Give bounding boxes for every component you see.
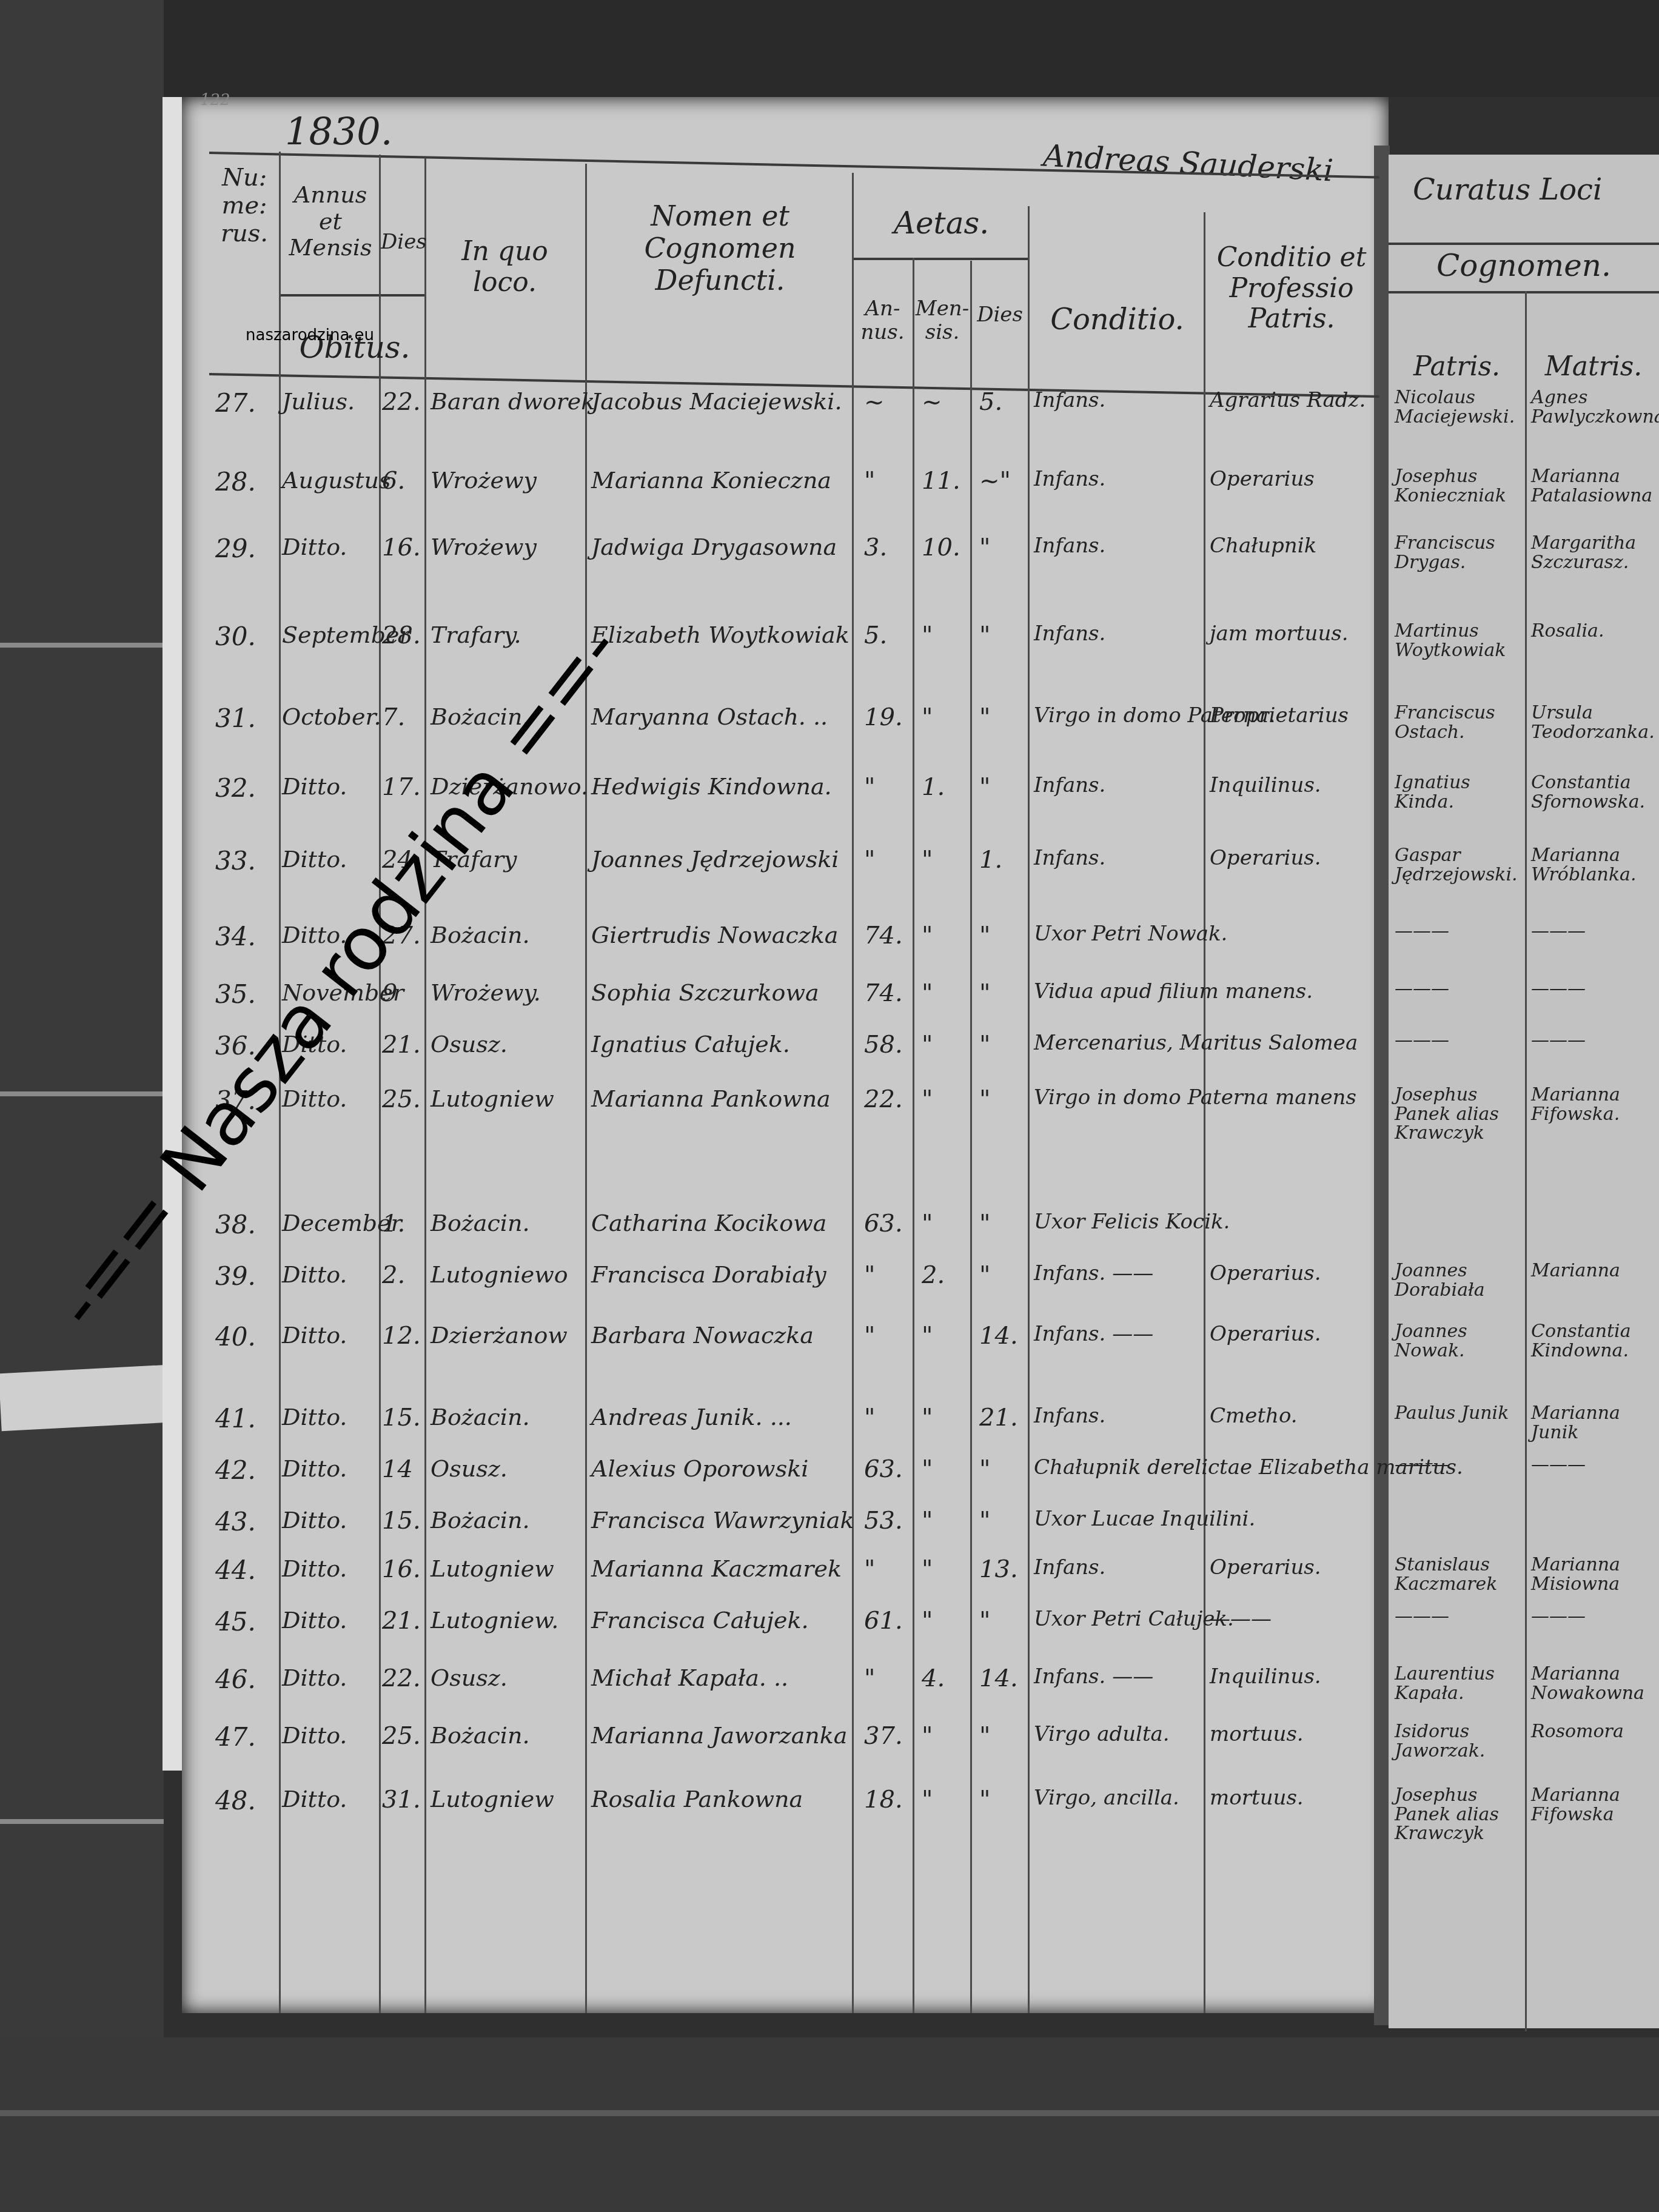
cell-name: Barbara Nowaczka bbox=[591, 1322, 852, 1349]
cell-no: 32. bbox=[215, 773, 276, 803]
cell-place: Wrożewy bbox=[431, 534, 585, 560]
cell-place: Lutogniewo bbox=[431, 1261, 585, 1288]
cell-months: " bbox=[922, 979, 967, 1007]
cell-mother: Ursula Teodorzanka. bbox=[1531, 703, 1658, 742]
cell-no: 29. bbox=[215, 534, 276, 563]
cell-mother: Marianna Fifowska bbox=[1531, 1786, 1658, 1824]
cell-months: " bbox=[922, 1210, 967, 1238]
cell-name: Ignatius Całujek. bbox=[591, 1031, 852, 1057]
cell-no: 40. bbox=[215, 1322, 276, 1352]
cell-years: 3. bbox=[864, 534, 910, 561]
background-top bbox=[0, 0, 1659, 97]
cell-years: 74. bbox=[864, 922, 910, 950]
cell-condition: Virgo adulta. bbox=[1034, 1722, 1204, 1746]
cell-father-prof: Operarius. bbox=[1210, 1261, 1373, 1285]
header-dies-age: Dies bbox=[972, 303, 1028, 327]
cell-mother: Margaritha Szczurasz. bbox=[1531, 534, 1658, 572]
cell-place: Wrożewy. bbox=[431, 979, 585, 1006]
cell-mother: ——— bbox=[1531, 1607, 1658, 1626]
cell-no: 48. bbox=[215, 1786, 276, 1815]
cell-years: 63. bbox=[864, 1455, 910, 1483]
cell-condition: Chałupnik derelictae Elizabetha maritus. bbox=[1034, 1455, 1204, 1480]
cell-no: 28. bbox=[215, 467, 276, 497]
cell-days: " bbox=[979, 979, 1025, 1007]
cell-no: 45. bbox=[215, 1607, 276, 1637]
cell-father: ——— bbox=[1395, 1455, 1522, 1475]
cell-place: Bożacin. bbox=[431, 1507, 585, 1533]
bottom-divider bbox=[0, 2110, 1659, 2116]
cell-condition: Infans. bbox=[1034, 1555, 1204, 1580]
cell-place: Lutogniew bbox=[431, 1555, 585, 1582]
table-row: 47.Ditto.25.Bożacin.Marianna Jaworzanka3… bbox=[0, 1722, 1659, 1783]
cell-mother: Constantia Sfornowska. bbox=[1531, 773, 1658, 811]
cell-mother: Marianna Nowakowna bbox=[1531, 1664, 1658, 1703]
cell-days: " bbox=[979, 703, 1025, 731]
header-annus-mensis: Annus et Mensis bbox=[282, 182, 379, 261]
cell-day: 2. bbox=[382, 1261, 424, 1289]
cell-days: 14. bbox=[979, 1664, 1025, 1692]
cell-place: Osusz. bbox=[431, 1664, 585, 1691]
cell-months: 2. bbox=[922, 1261, 967, 1289]
cell-name: Michał Kapała. .. bbox=[591, 1664, 852, 1691]
cell-day: 12. bbox=[382, 1322, 424, 1350]
cell-years: 18. bbox=[864, 1786, 910, 1814]
cell-day: 22. bbox=[382, 388, 424, 416]
cell-years: " bbox=[864, 773, 910, 801]
cell-no: 30. bbox=[215, 622, 276, 651]
cell-years: 53. bbox=[864, 1507, 910, 1535]
cell-no: 41. bbox=[215, 1404, 276, 1433]
cell-months: " bbox=[922, 1455, 967, 1483]
cell-mother: Marianna bbox=[1531, 1261, 1658, 1281]
cell-condition: Virgo in domo Paterna manens bbox=[1034, 1085, 1204, 1110]
table-row: 48.Ditto.31.LutogniewRosalia Pankowna18.… bbox=[0, 1786, 1659, 1846]
cell-father-prof: Operarius. bbox=[1210, 1322, 1373, 1346]
cell-name: Catharina Kocikowa bbox=[591, 1210, 852, 1236]
cell-day: 14 bbox=[382, 1455, 424, 1483]
cell-day: 22. bbox=[382, 1664, 424, 1692]
cell-days: " bbox=[979, 622, 1025, 649]
cell-day: 15. bbox=[382, 1507, 424, 1535]
cell-month: Ditto. bbox=[282, 1555, 379, 1582]
cell-father: Gaspar Jędrzejowski. bbox=[1395, 846, 1522, 884]
cell-name: Rosalia Pankowna bbox=[591, 1786, 852, 1812]
cell-no: 42. bbox=[215, 1455, 276, 1485]
cell-years: " bbox=[864, 1322, 910, 1350]
cell-father: Isidorus Jaworzak. bbox=[1395, 1722, 1522, 1760]
cell-father: Joannes Dorabiała bbox=[1395, 1261, 1522, 1299]
cell-months: " bbox=[922, 1607, 967, 1635]
cell-place: Osusz. bbox=[431, 1455, 585, 1482]
page-corner-number: 122 bbox=[200, 91, 230, 109]
cell-father-prof: Agrarius Radz. bbox=[1210, 388, 1373, 412]
cell-father: ——— bbox=[1395, 1031, 1522, 1050]
cell-years: 58. bbox=[864, 1031, 910, 1059]
cell-day: 21. bbox=[382, 1607, 424, 1635]
cell-mother: ——— bbox=[1531, 1031, 1658, 1050]
cell-name: Giertrudis Nowaczka bbox=[591, 922, 852, 948]
header-conditio: Conditio. bbox=[1031, 303, 1204, 337]
cell-condition: Uxor Felicis Kocik. bbox=[1034, 1210, 1204, 1234]
cell-day: 17. bbox=[382, 773, 424, 801]
cell-condition: Infans. bbox=[1034, 534, 1204, 558]
cell-condition: Infans. —— bbox=[1034, 1664, 1204, 1689]
cell-name: Jadwiga Drygasowna bbox=[591, 534, 852, 560]
cell-father: Stanislaus Kaczmarek bbox=[1395, 1555, 1522, 1594]
cell-condition: Infans. —— bbox=[1034, 1322, 1204, 1346]
cell-days: " bbox=[979, 1722, 1025, 1750]
cell-place: Dzierżanow bbox=[431, 1322, 585, 1349]
cell-father: Ignatius Kinda. bbox=[1395, 773, 1522, 811]
table-row: 28.Augustus6.WrożewyMarianna Konieczna"1… bbox=[0, 467, 1659, 528]
cell-place: Bożacin. bbox=[431, 922, 585, 948]
cell-father-prof: mortuus. bbox=[1210, 1722, 1373, 1746]
cell-days: " bbox=[979, 1607, 1025, 1635]
cell-days: " bbox=[979, 1085, 1025, 1113]
table-row: 40.Ditto.12.DzierżanowBarbara Nowaczka""… bbox=[0, 1322, 1659, 1382]
table-row: 29.Ditto.16.WrożewyJadwiga Drygasowna3.1… bbox=[0, 534, 1659, 594]
cell-days: " bbox=[979, 1031, 1025, 1059]
cell-month: Ditto. bbox=[282, 1404, 379, 1430]
cell-condition: Vidua apud filium manens. bbox=[1034, 979, 1204, 1004]
cell-months: " bbox=[922, 1031, 967, 1059]
cell-name: Maryanna Ostach. .. bbox=[591, 703, 852, 730]
header-nomen: Nomen et Cognomen Defuncti. bbox=[591, 200, 849, 297]
cell-month: September bbox=[282, 622, 379, 648]
cell-no: 38. bbox=[215, 1210, 276, 1239]
cell-mother: Rosomora bbox=[1531, 1722, 1658, 1741]
cell-day: 9 bbox=[382, 979, 424, 1007]
cell-day: 21. bbox=[382, 1031, 424, 1059]
cell-months: " bbox=[922, 1507, 967, 1535]
cell-days: " bbox=[979, 1210, 1025, 1238]
cell-days: 21. bbox=[979, 1404, 1025, 1432]
cell-month: Ditto. bbox=[282, 773, 379, 800]
cell-father-prof: mortuus. bbox=[1210, 1786, 1373, 1810]
cell-days: " bbox=[979, 1507, 1025, 1535]
cell-years: " bbox=[864, 846, 910, 874]
cell-months: " bbox=[922, 622, 967, 649]
cell-month: December bbox=[282, 1210, 379, 1236]
cell-place: Bożacin. bbox=[431, 1722, 585, 1749]
cell-condition: Infans. bbox=[1034, 773, 1204, 797]
cell-month: October. bbox=[282, 703, 379, 730]
cell-condition: Uxor Petri Nowak. bbox=[1034, 922, 1204, 946]
cell-month: Ditto. bbox=[282, 846, 379, 873]
cell-months: 11. bbox=[922, 467, 967, 495]
header-numerus: Nu: me: rus. bbox=[211, 164, 278, 247]
cell-father: Paulus Junik bbox=[1395, 1404, 1522, 1423]
cell-day: 25. bbox=[382, 1722, 424, 1750]
cell-father: Laurentius Kapała. bbox=[1395, 1664, 1522, 1703]
cell-years: " bbox=[864, 1664, 910, 1692]
cell-father-prof: Operarius. bbox=[1210, 1555, 1373, 1580]
cell-condition: Infans. bbox=[1034, 622, 1204, 646]
cell-years: ~ bbox=[864, 388, 910, 416]
cell-name: Marianna Kaczmarek bbox=[591, 1555, 852, 1582]
rule-aetas bbox=[852, 258, 1028, 260]
header-conditio-patris: Conditio et Professio Patris. bbox=[1207, 243, 1376, 335]
header-patris: Patris. bbox=[1389, 352, 1525, 383]
cell-years: 37. bbox=[864, 1722, 910, 1750]
cell-months: 10. bbox=[922, 534, 967, 561]
cell-condition: Mercenarius, Maritus Salomea bbox=[1034, 1031, 1204, 1055]
cell-name: Marianna Jaworzanka bbox=[591, 1722, 852, 1749]
cell-condition: Infans. bbox=[1034, 846, 1204, 870]
cell-father-prof: jam mortuus. bbox=[1210, 622, 1373, 646]
table-row: 27.Julius.22.Baran dworekJacobus Macieje… bbox=[0, 388, 1659, 449]
table-row: 33.Ditto.24.TrafaryJoannes Jędrzejowski"… bbox=[0, 846, 1659, 907]
table-row: 46.Ditto.22.Osusz.Michał Kapała. .."4.14… bbox=[0, 1664, 1659, 1725]
cell-months: " bbox=[922, 1722, 967, 1750]
cell-months: ~ bbox=[922, 388, 967, 416]
curate-title: Curatus Loci bbox=[1413, 173, 1602, 207]
cell-month: Ditto. bbox=[282, 1722, 379, 1749]
cell-months: " bbox=[922, 1786, 967, 1814]
cell-months: 4. bbox=[922, 1664, 967, 1692]
cell-name: Hedwigis Kindowna. bbox=[591, 773, 852, 800]
cell-name: Francisca Wawrzyniak bbox=[591, 1507, 852, 1533]
cell-condition: Infans. bbox=[1034, 467, 1204, 491]
cell-father-prof: Chałupnik bbox=[1210, 534, 1373, 558]
cell-name: Francisca Dorabiały bbox=[591, 1261, 852, 1288]
cell-father-prof: Operarius bbox=[1210, 467, 1373, 491]
cell-place: Lutogniew bbox=[431, 1085, 585, 1112]
cell-day: 1. bbox=[382, 1210, 424, 1238]
rule-obitus bbox=[279, 294, 424, 297]
cell-years: 63. bbox=[864, 1210, 910, 1238]
cell-name: Marianna Pankowna bbox=[591, 1085, 852, 1112]
cell-day: 31. bbox=[382, 1786, 424, 1814]
cell-years: " bbox=[864, 1261, 910, 1289]
cell-father: Franciscus Ostach. bbox=[1395, 703, 1522, 742]
cell-months: " bbox=[922, 1085, 967, 1113]
cell-father: Martinus Woytkowiak bbox=[1395, 622, 1522, 660]
table-row: 31.October.7.Bożacin.Maryanna Ostach. ..… bbox=[0, 703, 1659, 764]
cell-father: Franciscus Drygas. bbox=[1395, 534, 1522, 572]
cell-days: " bbox=[979, 1455, 1025, 1483]
site-label: naszarodzina.eu bbox=[246, 326, 374, 344]
cell-months: " bbox=[922, 1555, 967, 1583]
cell-condition: Infans. bbox=[1034, 388, 1204, 412]
cell-name: Sophia Szczurkowa bbox=[591, 979, 852, 1006]
rule-top-right bbox=[1389, 243, 1659, 245]
cell-day: 25. bbox=[382, 1085, 424, 1113]
cell-month: Ditto. bbox=[282, 1664, 379, 1691]
cell-day: 16. bbox=[382, 1555, 424, 1583]
cell-father-prof: ——— bbox=[1210, 1607, 1373, 1631]
cell-father: Josephus Konieczniak bbox=[1395, 467, 1522, 505]
cell-father: ——— bbox=[1395, 1607, 1522, 1626]
cell-month: Augustus bbox=[282, 467, 379, 494]
header-aetas: Aetas. bbox=[855, 206, 1028, 241]
cell-month: Ditto. bbox=[282, 1786, 379, 1812]
cell-place: Baran dworek bbox=[431, 388, 585, 415]
cell-day: 28. bbox=[382, 622, 424, 649]
cell-mother: Rosalia. bbox=[1531, 622, 1658, 641]
cell-father-prof: Proprietarius bbox=[1210, 703, 1373, 728]
cell-no: 46. bbox=[215, 1664, 276, 1694]
cell-days: " bbox=[979, 773, 1025, 801]
cell-condition: Uxor Lucae Inquilini. bbox=[1034, 1507, 1204, 1531]
cell-place: Osusz. bbox=[431, 1031, 585, 1057]
cell-months: " bbox=[922, 1322, 967, 1350]
cell-condition: Virgo, ancilla. bbox=[1034, 1786, 1204, 1810]
cell-years: " bbox=[864, 467, 910, 495]
cell-name: Joannes Jędrzejowski bbox=[591, 846, 852, 873]
cell-father-prof: Inquilinus. bbox=[1210, 773, 1373, 797]
cell-months: " bbox=[922, 922, 967, 950]
cell-father-prof: Inquilinus. bbox=[1210, 1664, 1373, 1689]
cell-month: Julius. bbox=[282, 388, 379, 415]
table-row: 30.September28.Trafary.Elizabeth Woytkow… bbox=[0, 622, 1659, 682]
cell-no: 39. bbox=[215, 1261, 276, 1291]
cell-month: Ditto. bbox=[282, 1607, 379, 1634]
table-row: 39.Ditto.2.LutogniewoFrancisca Dorabiały… bbox=[0, 1261, 1659, 1322]
cell-years: 22. bbox=[864, 1085, 910, 1113]
cell-mother: ——— bbox=[1531, 1455, 1658, 1475]
cell-name: Jacobus Maciejewski. bbox=[591, 388, 852, 415]
cell-place: Wrożewy bbox=[431, 467, 585, 494]
cell-mother: ——— bbox=[1531, 922, 1658, 941]
rule-cognomen bbox=[1389, 291, 1659, 293]
cell-no: 31. bbox=[215, 703, 276, 733]
cell-days: 1. bbox=[979, 846, 1025, 874]
table-row: 32.Ditto.17.Dzierżanowo.Hedwigis Kindown… bbox=[0, 773, 1659, 834]
cell-days: 5. bbox=[979, 388, 1025, 416]
header-annus: An- nus. bbox=[854, 297, 911, 344]
cell-name: Marianna Konieczna bbox=[591, 467, 852, 494]
header-cognomen: Cognomen. bbox=[1389, 249, 1659, 284]
cell-days: 13. bbox=[979, 1555, 1025, 1583]
cell-days: " bbox=[979, 922, 1025, 950]
cell-mother: Marianna Junik bbox=[1531, 1404, 1658, 1442]
cell-father-prof: Cmetho. bbox=[1210, 1404, 1373, 1428]
cell-years: 19. bbox=[864, 703, 910, 731]
cell-days: " bbox=[979, 1786, 1025, 1814]
register-year: 1830. bbox=[285, 109, 393, 153]
cell-mother: ——— bbox=[1531, 979, 1658, 999]
cell-father: Josephus Panek alias Krawczyk bbox=[1395, 1085, 1522, 1143]
cell-condition: Virgo in domo Paterna. bbox=[1034, 703, 1204, 728]
cell-condition: Infans. bbox=[1034, 1404, 1204, 1428]
cell-name: Elizabeth Woytkowiak bbox=[591, 622, 852, 648]
cell-months: " bbox=[922, 1404, 967, 1432]
cell-no: 44. bbox=[215, 1555, 276, 1585]
cell-years: " bbox=[864, 1404, 910, 1432]
cell-month: Ditto. bbox=[282, 534, 379, 560]
cell-place: Bożacin. bbox=[431, 1404, 585, 1430]
cell-years: 61. bbox=[864, 1607, 910, 1635]
cell-place: Lutogniew. bbox=[431, 1607, 585, 1634]
table-row: 45.Ditto.21.Lutogniew.Francisca Całujek.… bbox=[0, 1607, 1659, 1667]
cell-day: 16. bbox=[382, 534, 424, 561]
cell-days: " bbox=[979, 534, 1025, 561]
cell-month: Ditto. bbox=[282, 1455, 379, 1482]
header-matris: Matris. bbox=[1528, 352, 1659, 383]
cell-years: 74. bbox=[864, 979, 910, 1007]
cell-month: Ditto. bbox=[282, 1261, 379, 1288]
cell-years: 5. bbox=[864, 622, 910, 649]
cell-place: Bożacin. bbox=[431, 1210, 585, 1236]
scanner-bottom bbox=[0, 2037, 1659, 2212]
header-mensis: Men- sis. bbox=[914, 297, 970, 344]
cell-name: Alexius Oporowski bbox=[591, 1455, 852, 1482]
cell-mother: Marianna Wróblanka. bbox=[1531, 846, 1658, 884]
cell-no: 34. bbox=[215, 922, 276, 951]
cell-mother: Marianna Patalasiowna bbox=[1531, 467, 1658, 505]
header-dies: Dies bbox=[381, 230, 424, 254]
cell-days: 14. bbox=[979, 1322, 1025, 1350]
cell-day: 6. bbox=[382, 467, 424, 495]
cell-father: ——— bbox=[1395, 922, 1522, 941]
cell-day: 7. bbox=[382, 703, 424, 731]
cell-father: Joannes Nowak. bbox=[1395, 1322, 1522, 1360]
cell-month: Ditto. bbox=[282, 1507, 379, 1533]
cell-months: " bbox=[922, 703, 967, 731]
cell-father: ——— bbox=[1395, 979, 1522, 999]
cell-father: Nicolaus Maciejewski. bbox=[1395, 388, 1522, 426]
cell-mother: Marianna Fifowska. bbox=[1531, 1085, 1658, 1124]
cell-no: 27. bbox=[215, 388, 276, 418]
table-row: 34.Ditto.27.Bożacin.Giertrudis Nowaczka7… bbox=[0, 922, 1659, 982]
cell-no: 47. bbox=[215, 1722, 276, 1752]
cell-name: Francisca Całujek. bbox=[591, 1607, 852, 1634]
cell-mother: Marianna Misiowna bbox=[1531, 1555, 1658, 1594]
cell-years: " bbox=[864, 1555, 910, 1583]
cell-months: 1. bbox=[922, 773, 967, 801]
cell-father-prof: Operarius. bbox=[1210, 846, 1373, 870]
cell-condition: Infans. —— bbox=[1034, 1261, 1204, 1285]
cell-mother: Agnes Pawlyczkowna. bbox=[1531, 388, 1658, 426]
cell-months: " bbox=[922, 846, 967, 874]
header-in-quo-loco: In quo loco. bbox=[427, 236, 582, 298]
cell-mother: Constantia Kindowna. bbox=[1531, 1322, 1658, 1360]
cell-days: ~" bbox=[979, 467, 1025, 495]
cell-days: " bbox=[979, 1261, 1025, 1289]
cell-day: 15. bbox=[382, 1404, 424, 1432]
cell-place: Lutogniew bbox=[431, 1786, 585, 1812]
cell-name: Andreas Junik. ... bbox=[591, 1404, 852, 1430]
cell-father: Josephus Panek alias Krawczyk bbox=[1395, 1786, 1522, 1843]
cell-no: 33. bbox=[215, 846, 276, 876]
cell-month: Ditto. bbox=[282, 1322, 379, 1349]
cell-condition: Uxor Petri Całujek. bbox=[1034, 1607, 1204, 1631]
cell-no: 43. bbox=[215, 1507, 276, 1537]
